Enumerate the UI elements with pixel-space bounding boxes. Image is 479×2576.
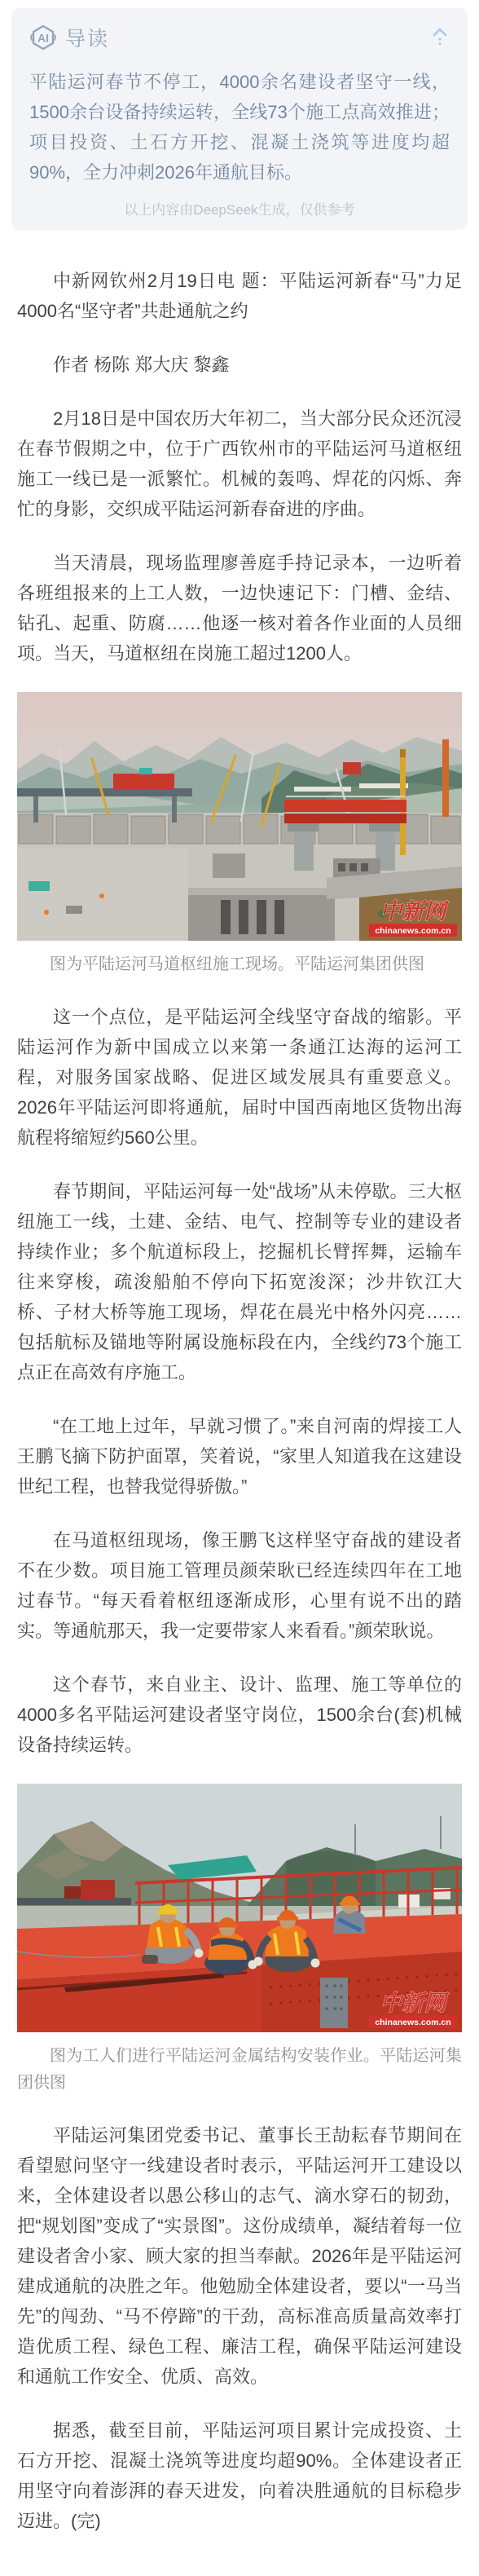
ai-summary-text: 平陆运河春节不停工，4000余名建设者坚守一线，1500余台设备持续运转，全线7…: [29, 67, 450, 187]
article-byline: 作者 杨陈 郑大庆 黎鑫: [17, 350, 462, 380]
photo-workers-image[interactable]: 中新网 chinanews.com.cn: [17, 1784, 462, 2032]
figure-workers: 中新网 chinanews.com.cn 图为工人们进行平陆运河金属结构安装作业…: [17, 1784, 462, 2097]
article-paragraph: 2月18日是中国农历大年初二，当大部分民众还沉浸在春节假期之中，位于广西钦州市的…: [17, 404, 462, 524]
svg-text:中新网: 中新网: [380, 899, 450, 924]
photo-canal-site-image[interactable]: 中新网 chinanews.com.cn: [17, 692, 462, 941]
photo-caption: 图为工人们进行平陆运河金属结构安装作业。平陆运河集团供图: [17, 2043, 462, 2097]
ai-badge-icon: AI: [29, 24, 57, 51]
chinanews-watermark: 中新网 chinanews.com.cn: [369, 899, 457, 937]
photo-caption: 图为平陆运河马道枢纽施工现场。平陆运河集团供图: [17, 951, 462, 978]
svg-text:中新网: 中新网: [380, 1991, 450, 2016]
ai-summary-title: 导读: [65, 23, 109, 52]
article-paragraph: 春节期间，平陆运河每一处“战场”从未停歇。三大枢纽施工一线，土建、金结、电气、控…: [17, 1176, 462, 1387]
article-paragraph: “在工地上过年，早就习惯了。”来自河南的焊接工人王鹏飞摘下防护面罩，笑着说，“家…: [17, 1411, 462, 1502]
article-paragraph: 平陆运河集团党委书记、董事长王劼耘春节期间在看望慰问坚守一线建设者时表示，平陆运…: [17, 2120, 462, 2392]
article-paragraph: 当天清晨，现场监理廖善庭手持记录本，一边听着各班组报来的上工人数，一边快速记下：…: [17, 548, 462, 668]
article-body: 中新网钦州2月19日电 题：平陆运河新春“马”力足 4000名“坚守者”共赴通航…: [0, 230, 479, 2576]
ai-disclaimer: 以上内容由DeepSeek生成，仅供参考: [29, 198, 450, 218]
article-headline: 中新网钦州2月19日电 题：平陆运河新春“马”力足 4000名“坚守者”共赴通航…: [17, 266, 462, 326]
article-paragraph: 这个春节，来自业主、设计、监理、施工等单位的4000多名平陆运河建设者坚守岗位，…: [17, 1670, 462, 1760]
chinanews-watermark: 中新网 chinanews.com.cn: [369, 1991, 457, 2028]
article-page: AI 导读 平陆运河春节不停工，4000余名建设者坚守一线，1500余台设备持续…: [0, 8, 479, 2576]
figure-canal-site: 中新网 chinanews.com.cn 图为平陆运河马道枢纽施工现场。平陆运河…: [17, 692, 462, 978]
collapse-icon[interactable]: [430, 27, 450, 48]
article-paragraph: 据悉，截至目前，平陆运河项目累计完成投资、土石方开挖、混凝土浇筑等进度均超90%…: [17, 2415, 462, 2536]
article-paragraph: 在马道枢纽现场，像王鹏飞这样坚守奋战的建设者不在少数。项目施工管理员颜荣耿已经连…: [17, 1525, 462, 1646]
article-paragraph: 这一个点位，是平陆运河全线坚守奋战的缩影。平陆运河作为新中国成立以来第一条通江达…: [17, 1002, 462, 1153]
svg-text:AI: AI: [37, 32, 49, 45]
ai-summary-header: AI 导读: [29, 23, 450, 52]
svg-text:chinanews.com.cn: chinanews.com.cn: [375, 2018, 450, 2027]
ai-summary-box: AI 导读 平陆运河春节不停工，4000余名建设者坚守一线，1500余台设备持续…: [11, 8, 468, 230]
svg-text:chinanews.com.cn: chinanews.com.cn: [375, 926, 450, 936]
